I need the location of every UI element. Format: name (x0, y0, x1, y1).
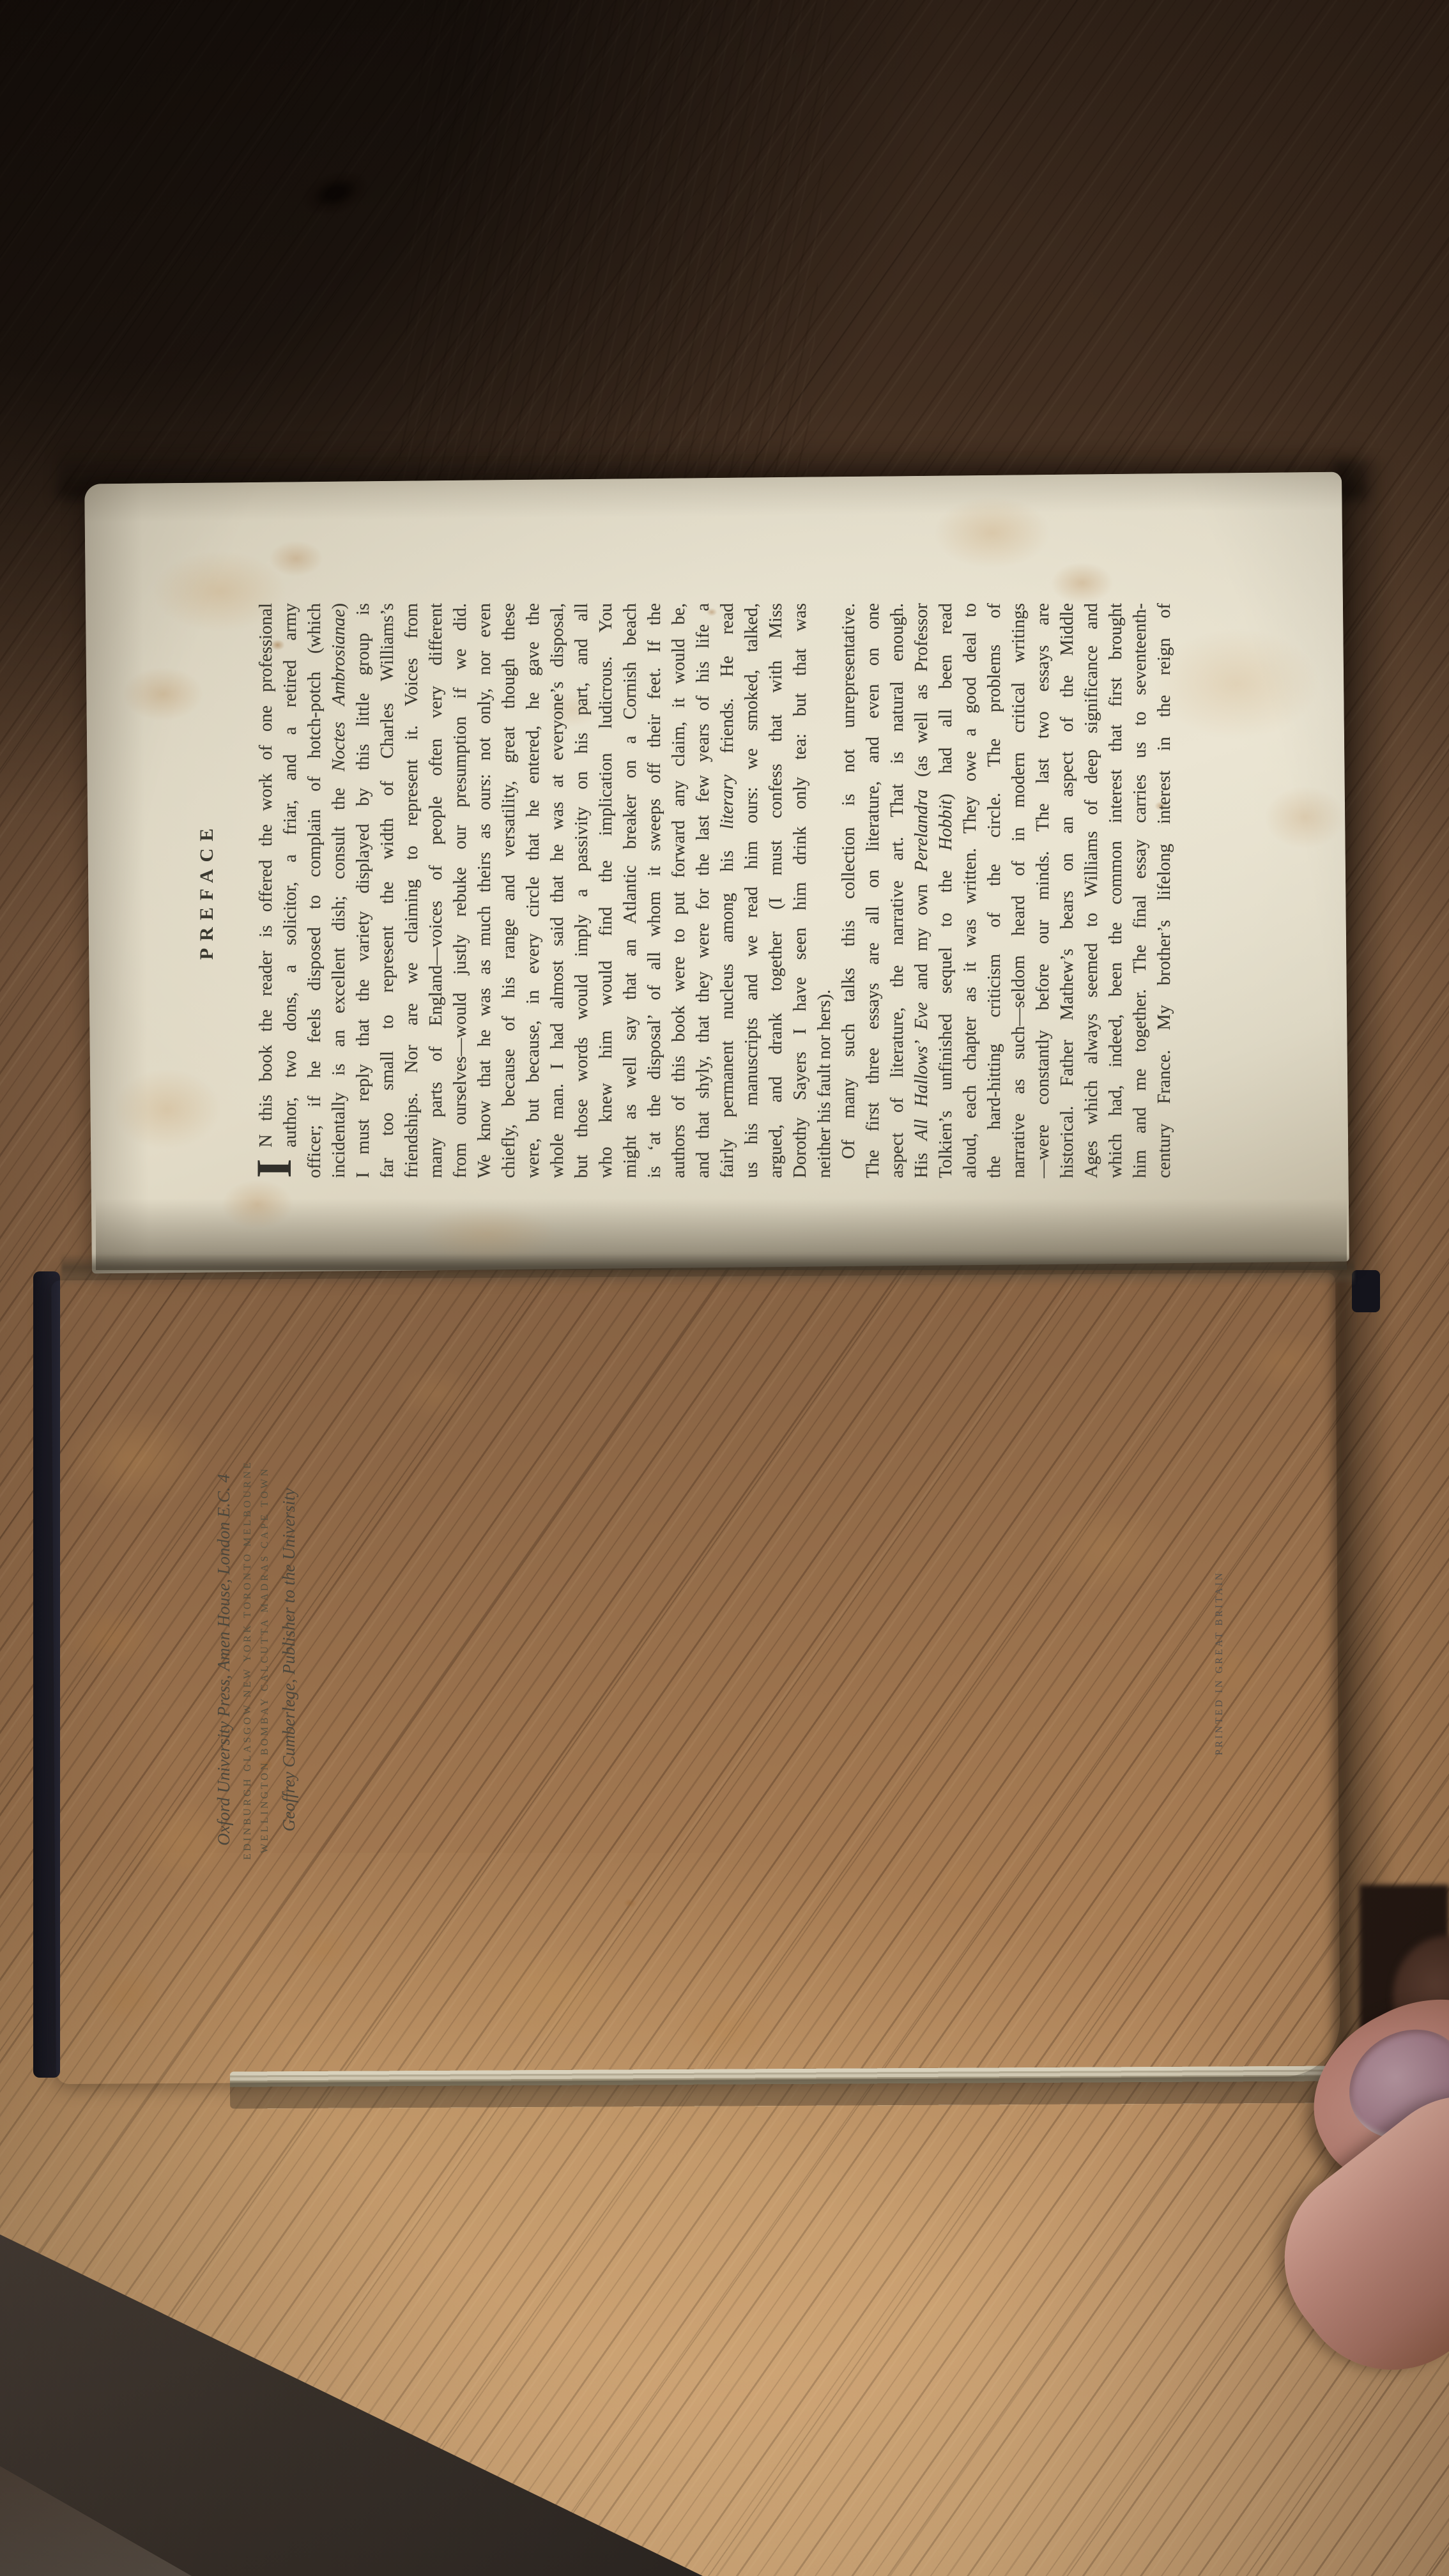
photo-vignette (0, 0, 1449, 2576)
photo-of-open-book: { "book": { "preface_page": { "title": "… (0, 0, 1449, 2576)
